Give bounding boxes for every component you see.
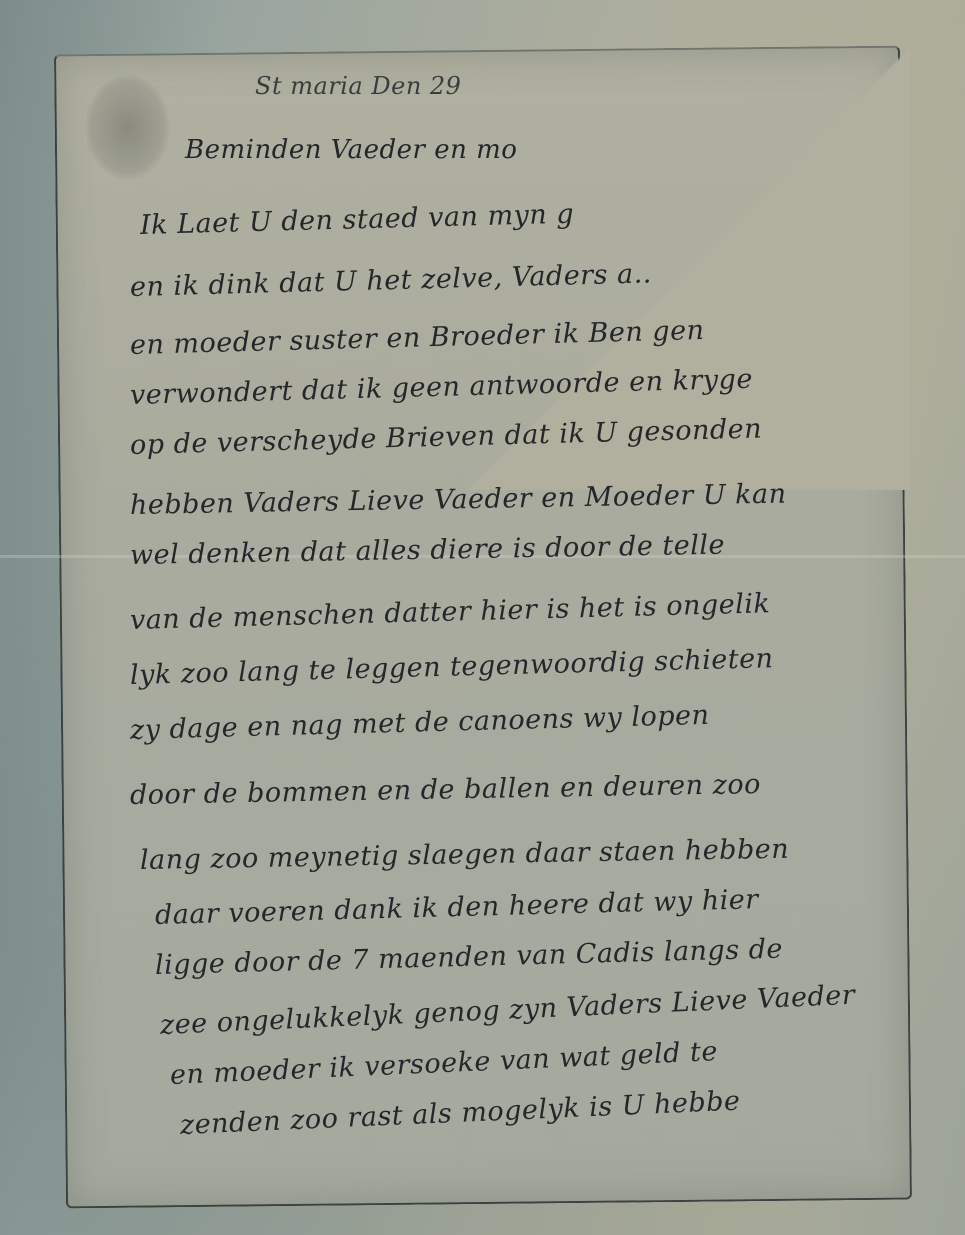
seal-stamp xyxy=(85,75,170,180)
letter-header: St maria Den 29 xyxy=(255,72,461,100)
salutation: Beminden Vaeder en mo xyxy=(185,135,517,165)
